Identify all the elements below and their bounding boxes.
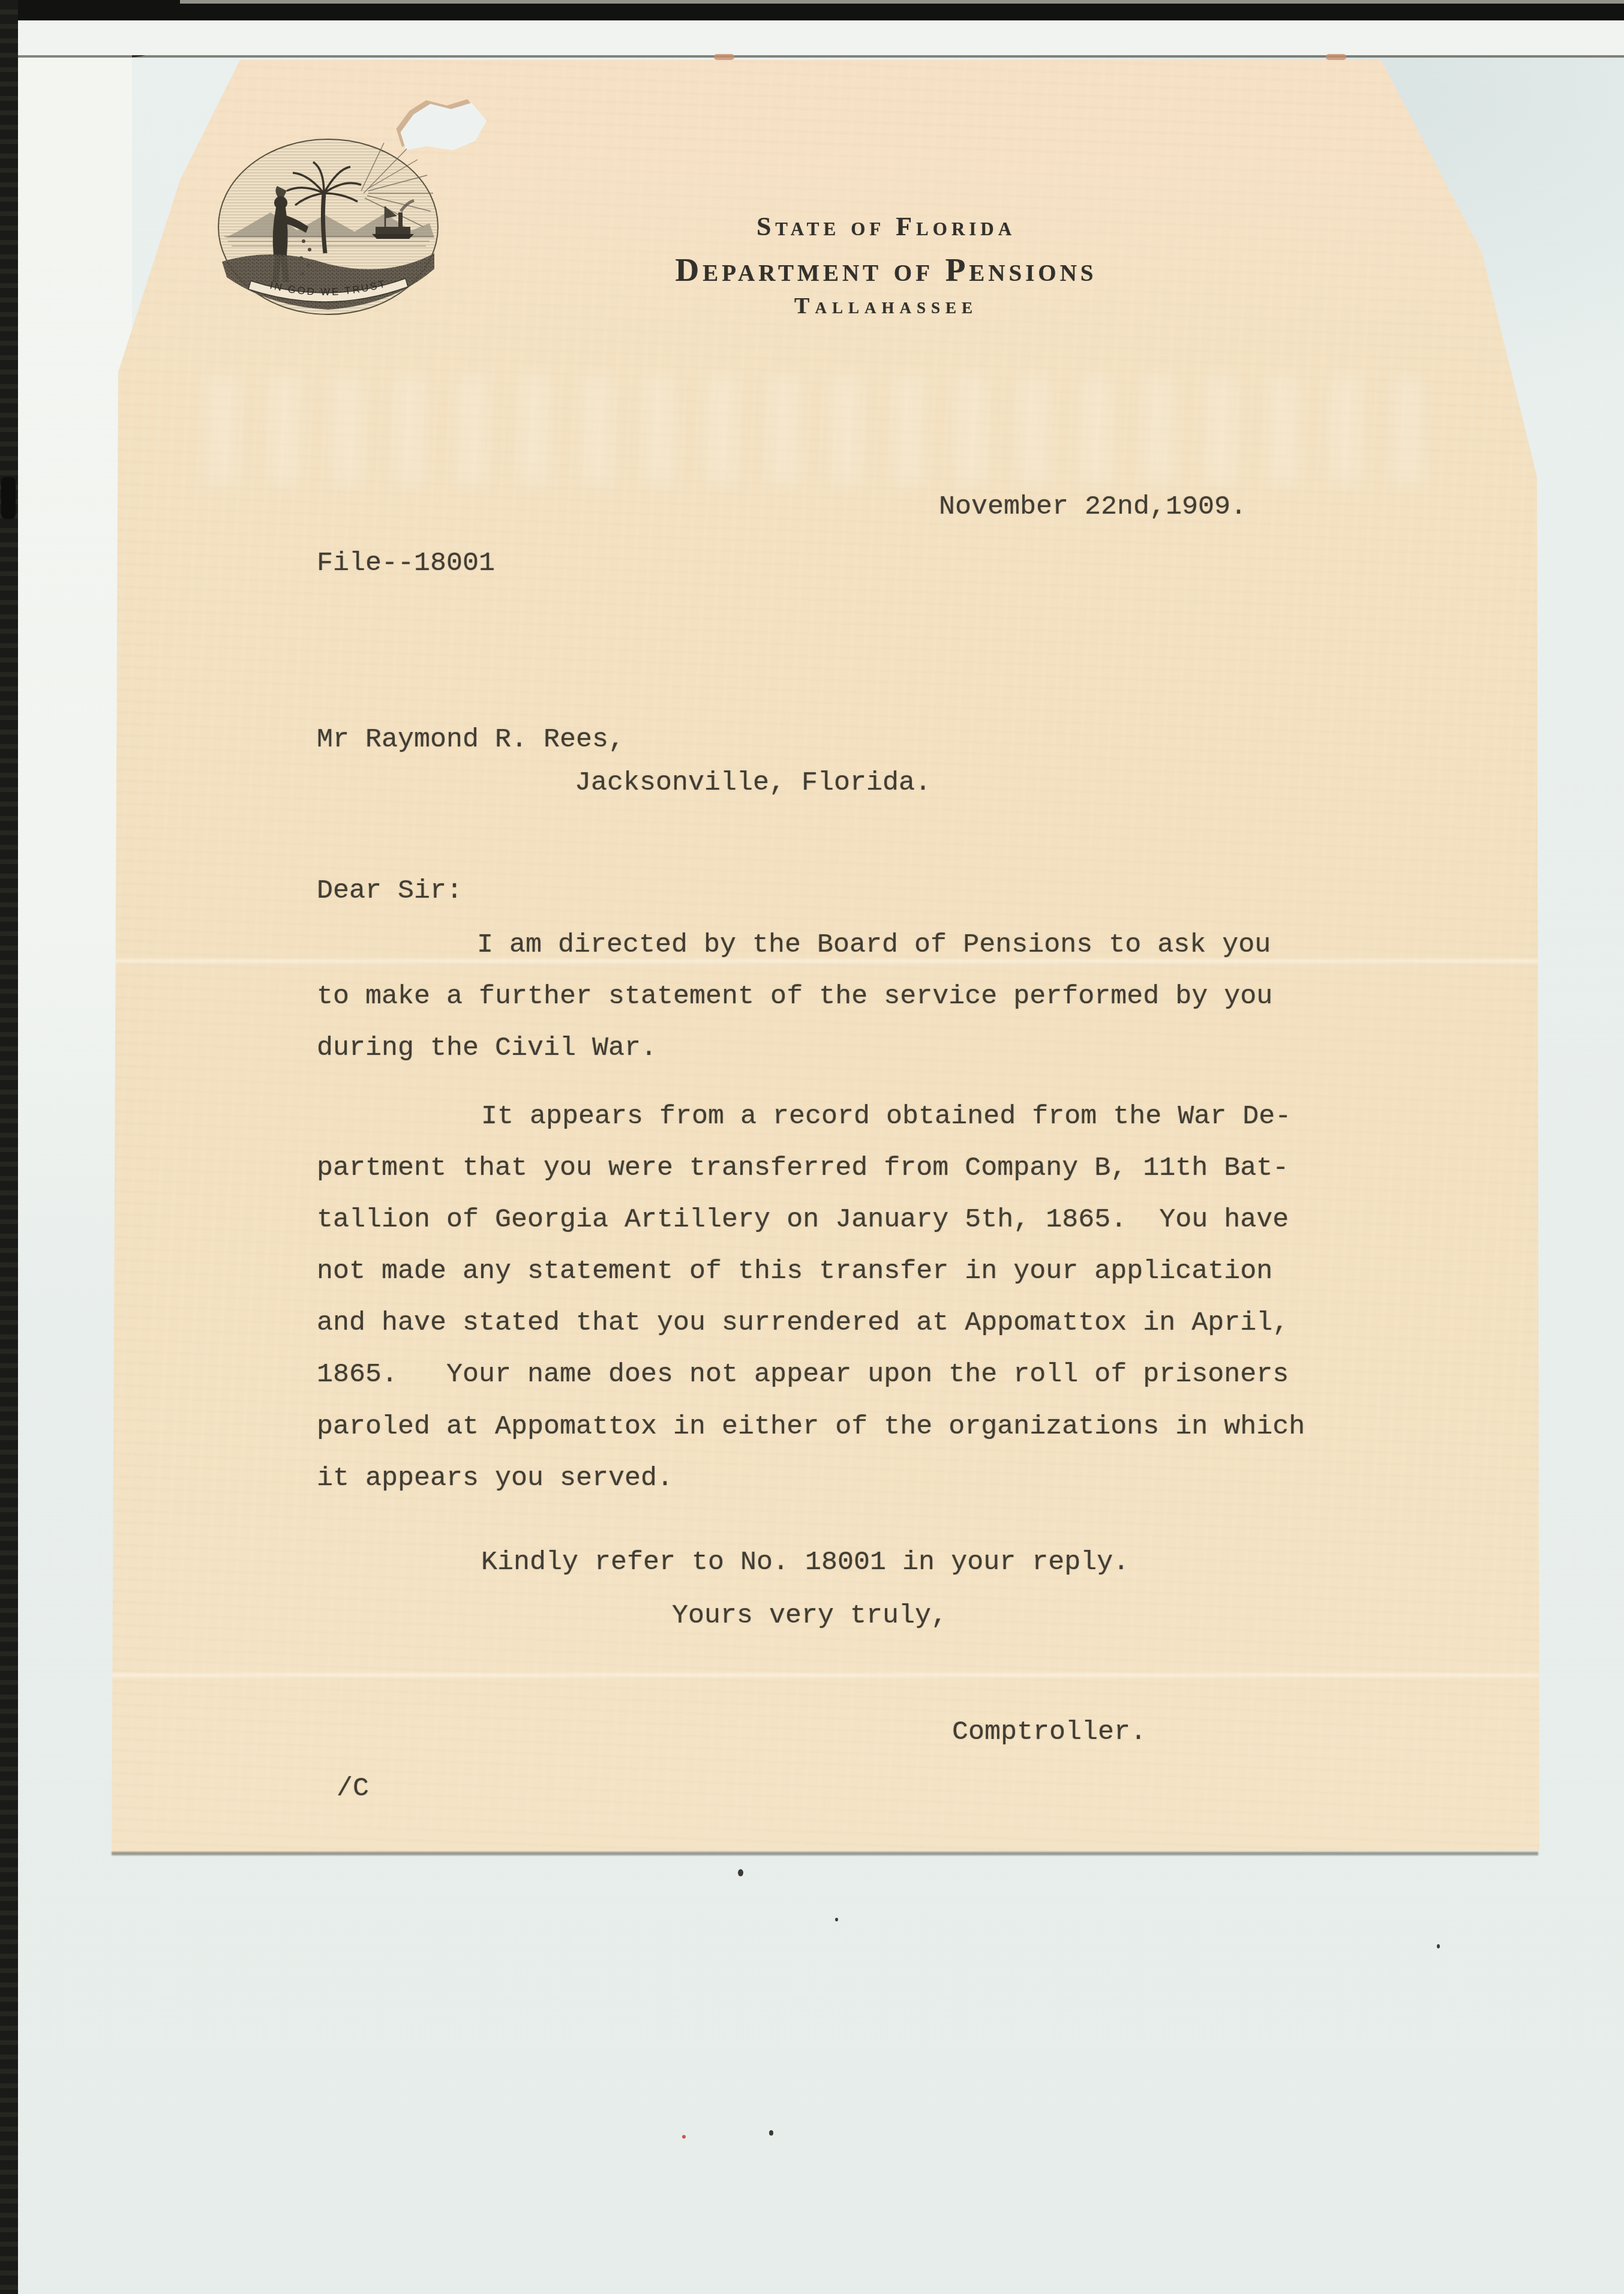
paper-top-shadow-line	[18, 55, 1624, 58]
body-line: I am directed by the Board of Pensions t…	[477, 931, 1271, 958]
reference-line: Kindly refer to No. 18001 in your reply.	[481, 1549, 1129, 1576]
scan-left-black-edge	[0, 0, 18, 2294]
body-line: and have stated that you surrendered at …	[317, 1309, 1289, 1336]
signature-title: Comptroller.	[952, 1719, 1146, 1746]
recipient-city: Jacksonville, Florida.	[575, 769, 931, 796]
paper-bottom-shadow	[112, 1852, 1538, 1855]
dust-speck	[1437, 1944, 1440, 1948]
dust-speck	[835, 1918, 838, 1921]
tape-spot	[1326, 54, 1346, 60]
tape-spot	[714, 54, 734, 60]
scan-left-notch	[1, 477, 16, 519]
body-line: during the Civil War.	[317, 1034, 657, 1061]
closing-line: Yours very truly,	[672, 1602, 947, 1629]
body-line: tallion of Georgia Artillery on January …	[317, 1206, 1289, 1233]
red-speck	[682, 2135, 686, 2139]
scan-top-black-band	[0, 4, 1624, 20]
scan-backing-strip	[18, 20, 1624, 55]
ink-offset-ghost	[209, 376, 1457, 484]
typist-initials: /C	[337, 1775, 369, 1802]
florida-state-seal: IN GOD WE TRUST	[214, 136, 443, 318]
letterhead-department: Department of Pensions	[634, 251, 1138, 289]
body-line: to make a further statement of the servi…	[317, 983, 1272, 1010]
salutation: Dear Sir:	[317, 877, 463, 904]
fold-crease	[107, 1673, 1541, 1677]
body-line: 1865. Your name does not appear upon the…	[317, 1361, 1289, 1388]
date-line: November 22nd,1909.	[939, 493, 1247, 520]
scanned-letter-page: IN GOD WE TRUST State of Florida Departm…	[0, 0, 1624, 2294]
dust-speck	[769, 2130, 773, 2136]
recipient-name: Mr Raymond R. Rees,	[317, 726, 625, 753]
body-line: partment that you were transferred from …	[317, 1155, 1289, 1182]
letterhead-state: State of Florida	[634, 211, 1138, 242]
dust-speck	[738, 1869, 743, 1876]
body-line: it appears you served.	[317, 1465, 673, 1492]
file-number-line: File--18001	[317, 550, 495, 577]
body-line: paroled at Appomattox in either of the o…	[317, 1413, 1305, 1440]
body-line: It appears from a record obtained from t…	[481, 1103, 1291, 1130]
letterhead-city: Tallahassee	[634, 293, 1138, 319]
body-line: not made any statement of this transfer …	[317, 1258, 1272, 1285]
